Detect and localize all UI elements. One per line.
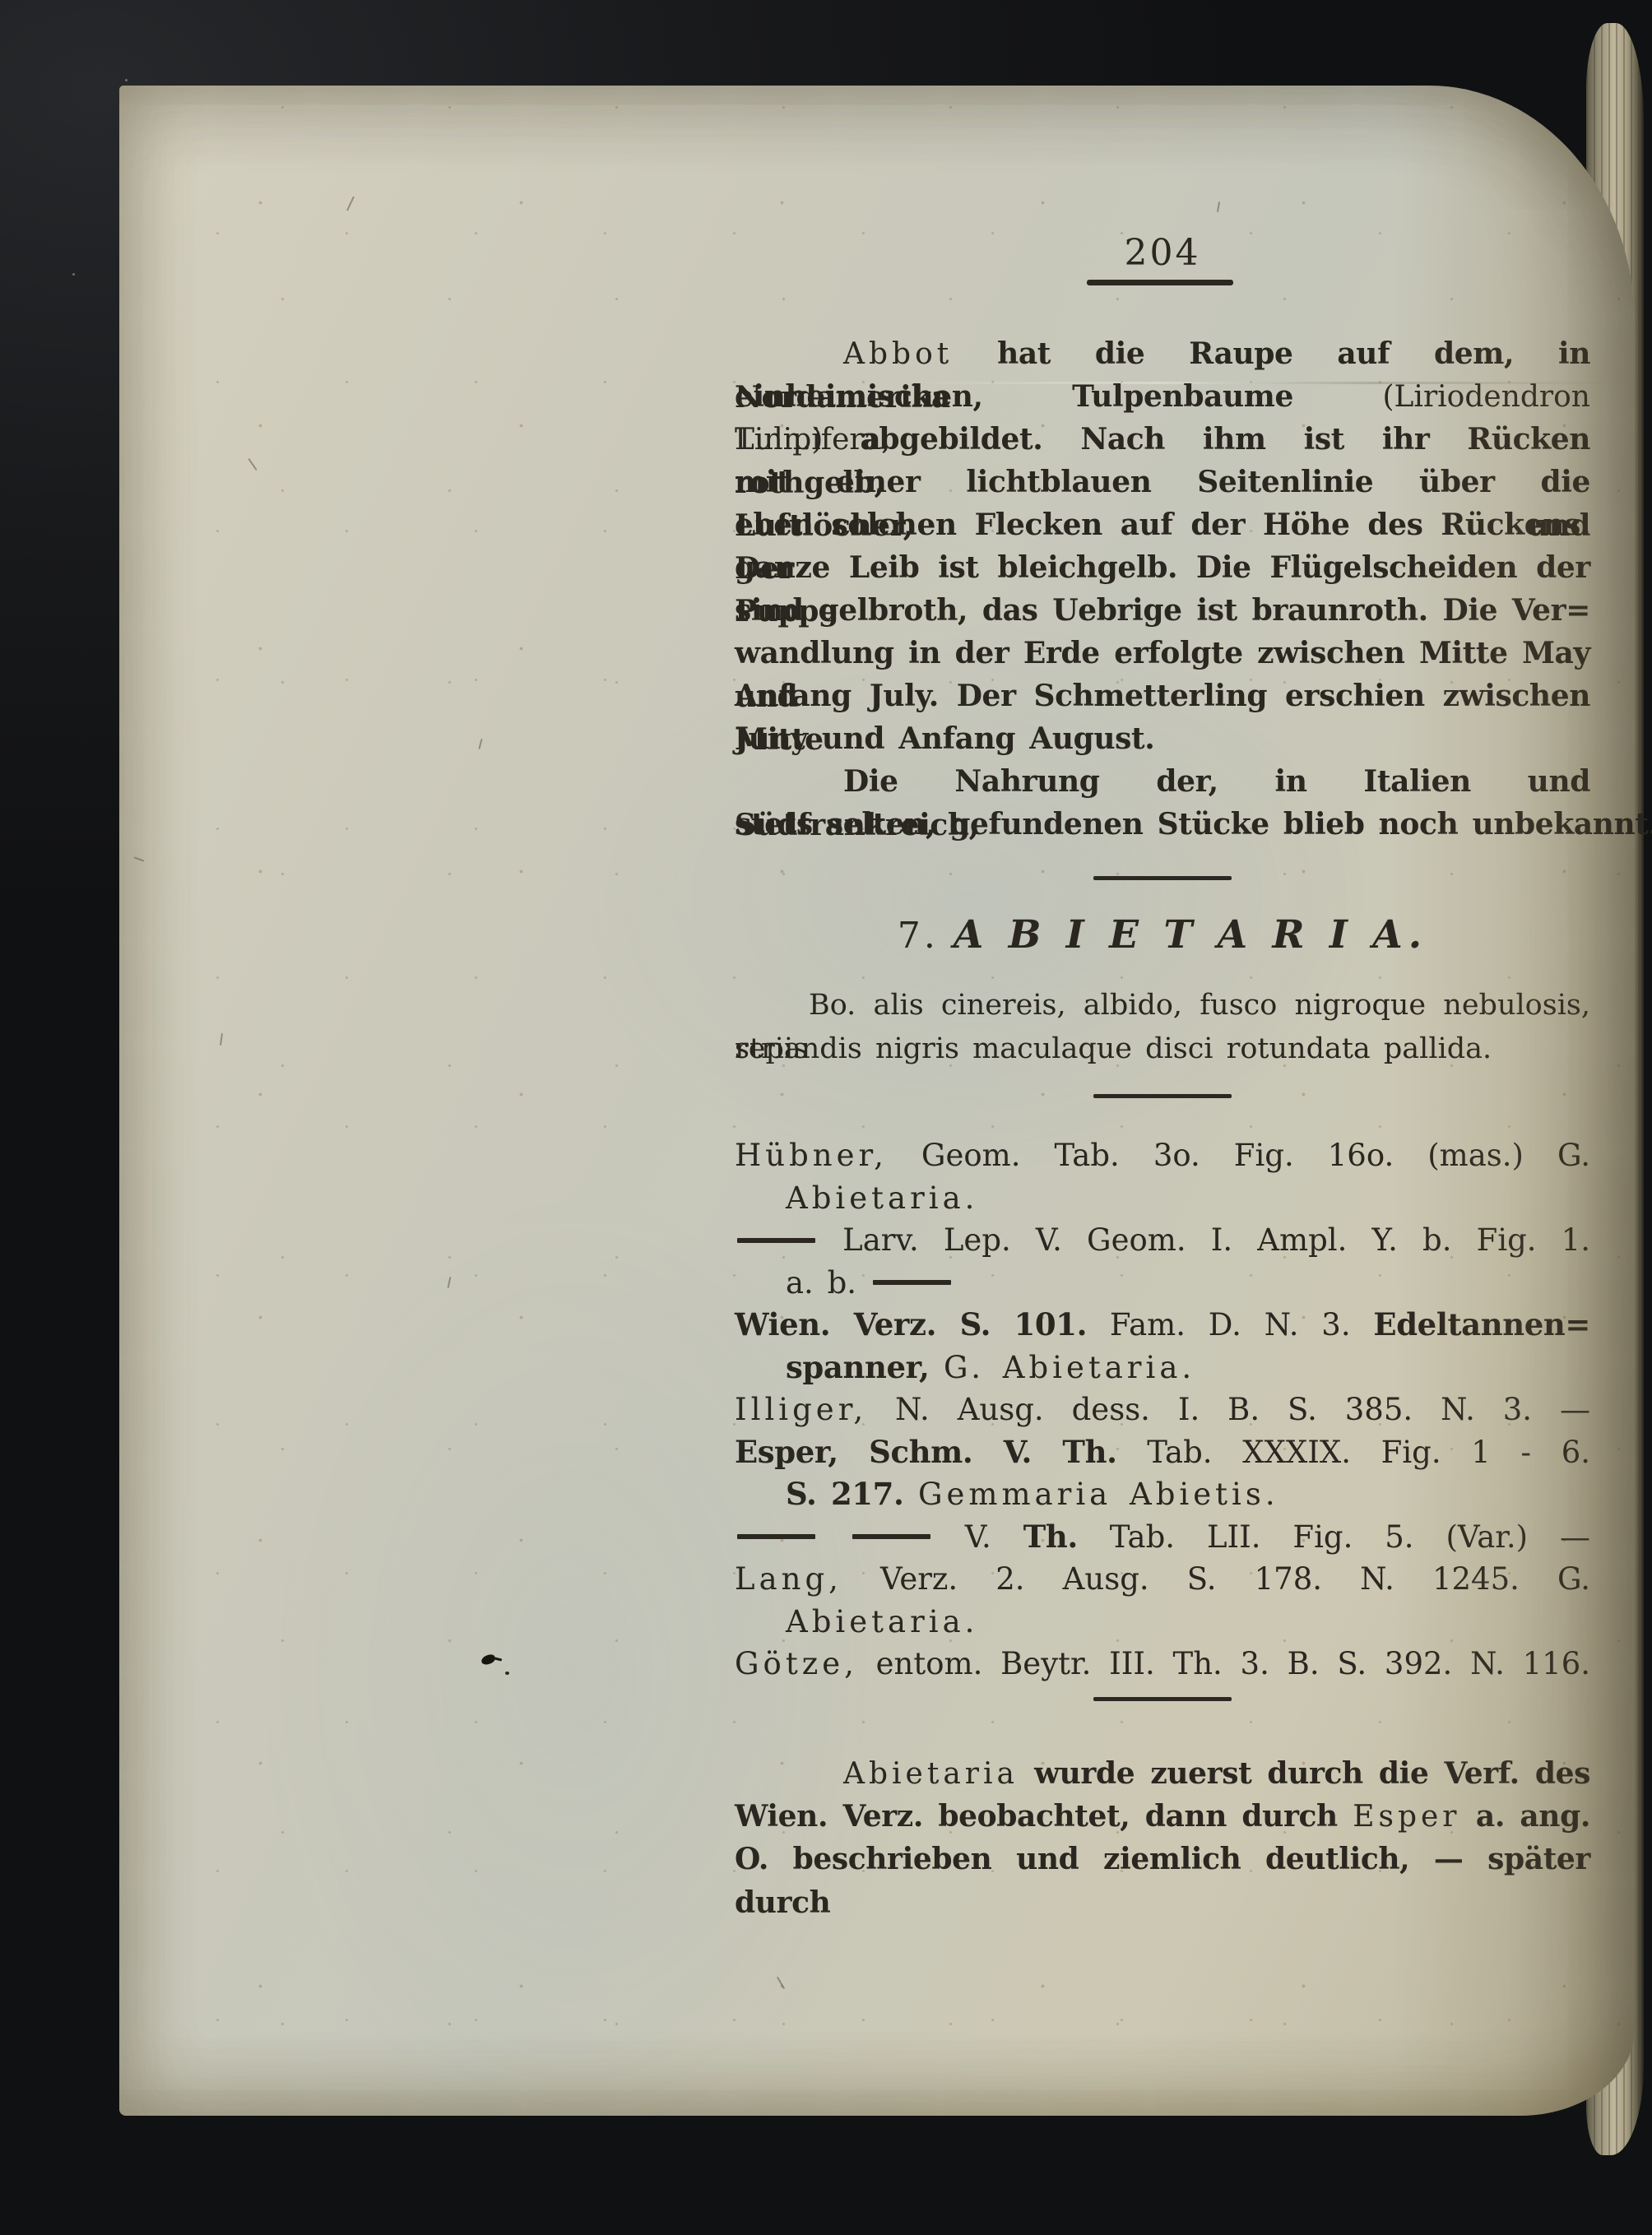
text-run: Abietaria. (786, 1604, 978, 1639)
text-line: stets selten, gefundenen Stücke blieb no… (735, 803, 1590, 846)
text-column: 204 Abbot hat die Raupe auf dem, in Nord… (735, 232, 1590, 1880)
text-run: V. (933, 1519, 1023, 1555)
text-line: O. beschrieben und ziemlich deutlich, — … (735, 1838, 1590, 1880)
page-number-rule (1087, 280, 1233, 285)
text-line: Linn.) abgebildet. Nach ihm ist ihr Rück… (735, 418, 1590, 461)
text-run: Tab. XXXIX. Fig. 1 - 6. (1117, 1435, 1590, 1470)
text-line: Abietaria. (735, 1601, 1590, 1644)
text-run: A B I E T A R I A. (954, 912, 1427, 958)
text-run (818, 1519, 850, 1555)
text-run: Esper, Schm. V. Th. (735, 1434, 1117, 1470)
text-run: Juny und Anfang August. (735, 721, 1154, 756)
text-line: spanner, G. Abietaria. (735, 1347, 1590, 1389)
text-run: Illiger, (735, 1392, 867, 1427)
page-header: 204 (735, 232, 1590, 286)
text-run: Wien. Verz. S. 101. (735, 1306, 1087, 1342)
text-run: Abietaria. (786, 1180, 978, 1216)
text-line: Götze, entom. Beytr. III. Th. 3. B. S. 3… (735, 1643, 1590, 1686)
text-run: einheimischen, Tulpenbaume (735, 379, 1382, 414)
text-run: S. 217. (786, 1476, 918, 1512)
text-line: Illiger, N. Ausg. dess. I. B. S. 385. N.… (735, 1389, 1590, 1431)
bibliography: Hübner, Geom. Tab. 3o. Fig. 16o. (mas.) … (735, 1134, 1590, 1686)
text-line: Hübner, Geom. Tab. 3o. Fig. 16o. (mas.) … (735, 1134, 1590, 1177)
text-line: a. b. (735, 1262, 1590, 1305)
paragraph-nahrung: Die Nahrung der, in Italien und Südfrank… (735, 760, 1590, 846)
text-run: Lang, (735, 1561, 842, 1597)
book-page: 204 Abbot hat die Raupe auf dem, in Nord… (119, 86, 1635, 2116)
text-line: Juny und Anfang August. (735, 717, 1590, 760)
text-run: stets selten, gefundenen Stücke blieb no… (735, 807, 1652, 842)
text-run: 7. (898, 915, 954, 957)
ink-speck (505, 1672, 509, 1675)
section-divider-1 (1093, 876, 1232, 880)
text-line: Anfang July. Der Schmetterling erschien … (735, 675, 1590, 717)
paragraph-abbot: Abbot hat die Raupe auf dem, in Nordamer… (735, 332, 1590, 760)
text-run: Abbot (843, 337, 953, 371)
text-run: Tab. LII. Fig. 5. (Var.) — (1078, 1519, 1590, 1555)
citation-dash (873, 1280, 951, 1285)
paragraph-history: Abietaria wurde zuerst durch die Verf. d… (735, 1752, 1590, 1880)
text-line: Abietaria. (735, 1177, 1590, 1220)
citation-dash (852, 1534, 930, 1539)
citation-dash (737, 1238, 815, 1243)
latin-diagnosis: Bo. alis cinereis, albido, fusco nigroqu… (735, 984, 1590, 1071)
text-run: O. beschrieben und ziemlich deutlich, — … (735, 1842, 1590, 1920)
text-run: wurde zuerst durch die Verf. des (1019, 1756, 1590, 1791)
text-run: Linn.) (735, 423, 860, 457)
text-run: a. ang. (1461, 1799, 1590, 1834)
text-line: Die Nahrung der, in Italien und Südfrank… (735, 760, 1590, 803)
page-number: 204 (1125, 232, 1201, 274)
text-run: sind gelbroth, das Uebrige ist braunroth… (735, 593, 1590, 628)
text-run: Verz. 2. Ausg. S. 178. N. 1245. G. (842, 1561, 1590, 1597)
text-run: N. Ausg. dess. I. B. S. 385. N. 3. — (867, 1392, 1590, 1427)
dust-speck (125, 79, 128, 81)
text-line: Lang, Verz. 2. Ausg. S. 178. N. 1245. G. (735, 1558, 1590, 1601)
text-line: ganze Leib ist bleichgelb. Die Flügelsch… (735, 546, 1590, 589)
dust-speck (72, 273, 75, 276)
section-divider-2 (1093, 1094, 1232, 1098)
text-line: Wien. Verz. beobachtet, dann durch Esper… (735, 1795, 1590, 1838)
text-run: Larv. Lep. V. Geom. I. Ampl. Y. b. Fig. … (818, 1222, 1590, 1258)
text-line: Esper, Schm. V. Th. Tab. XXXIX. Fig. 1 -… (735, 1431, 1590, 1474)
text-line: wandlung in der Erde erfolgte zwischen M… (735, 632, 1590, 675)
text-run: repandis nigris maculaque disci rotundat… (735, 1032, 1492, 1065)
text-run: Esper (1353, 1800, 1460, 1834)
text-line: Wien. Verz. S. 101. Fam. D. N. 3. Edelta… (735, 1304, 1590, 1347)
text-run: entom. Beytr. III. Th. 3. B. S. 392. N. … (858, 1646, 1590, 1681)
citation-dash (737, 1534, 815, 1539)
text-run: Götze, (735, 1646, 858, 1681)
text-line: S. 217. Gemmaria Abietis. (735, 1473, 1590, 1516)
text-run: Fam. D. N. 3. (1087, 1307, 1373, 1342)
text-line: repandis nigris maculaque disci rotundat… (735, 1027, 1590, 1071)
text-line: mit einer lichtblauen Seitenlinie über d… (735, 461, 1590, 503)
text-line: sind gelbroth, das Uebrige ist braunroth… (735, 589, 1590, 632)
text-line: Bo. alis cinereis, albido, fusco nigroqu… (735, 984, 1590, 1027)
text-run: a. b. (786, 1265, 870, 1301)
text-run: Edeltannen= (1373, 1306, 1590, 1342)
text-run: Gemmaria Abietis. (918, 1477, 1279, 1512)
text-line: einheimischen, Tulpenbaume (Liriodendron… (735, 375, 1590, 418)
text-line: eben solchen Flecken auf der Höhe des Rü… (735, 503, 1590, 546)
species-heading: 7. A B I E T A R I A. (735, 910, 1590, 961)
text-line: Abietaria wurde zuerst durch die Verf. d… (735, 1752, 1590, 1795)
text-run: Th. (1023, 1519, 1078, 1555)
text-run: Geom. Tab. 3o. Fig. 16o. (mas.) G. (888, 1138, 1590, 1173)
text-run: Wien. Verz. beobachtet, dann durch (735, 1799, 1353, 1834)
text-run: Abietaria (843, 1757, 1019, 1791)
text-run: G. Abietaria. (944, 1350, 1195, 1385)
section-divider-3 (1093, 1697, 1232, 1701)
text-run: spanner, (786, 1349, 944, 1385)
text-line: Larv. Lep. V. Geom. I. Ampl. Y. b. Fig. … (735, 1219, 1590, 1262)
text-line: V. Th. Tab. LII. Fig. 5. (Var.) — (735, 1516, 1590, 1559)
text-run: Hübner, (735, 1138, 888, 1173)
scanned-book-photo: { "page": { "number": "204" }, "blocks":… (0, 0, 1652, 2235)
text-line: Abbot hat die Raupe auf dem, in Nordamer… (735, 332, 1590, 375)
